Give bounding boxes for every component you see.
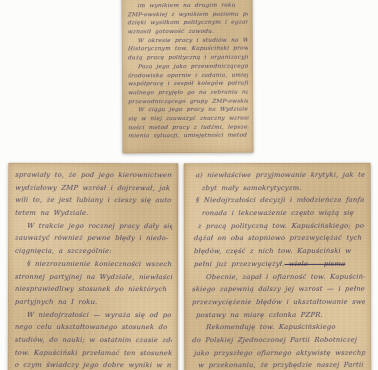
handwriting-text: Rekomenduję tow. Kapuścińskiego xyxy=(206,323,336,331)
handwriting-line: § Niedojrzałości decyzji i młodzieńcza f… xyxy=(192,194,366,207)
handwriting-text: Obecnie, zapał i ofiarność tow. Kapuściń… xyxy=(206,272,365,280)
handwriting-text: § Niedojrzałości decyzji i młodzieńcza f… xyxy=(196,196,365,204)
handwriting-line: niesprawiedliwy stosunek do niektórych xyxy=(15,283,173,296)
handwriting-line: wydziałowy ZMP wzrósł i dojrzewał, jak i… xyxy=(15,181,173,194)
handwriting-text: mienia sytuacji, umiejętności metod wych… xyxy=(128,133,248,140)
handwriting-text: ności metod pracy z ludźmi, lepszego zro… xyxy=(128,124,248,131)
handwriting-text: pełni już przezwyciężył. xyxy=(194,260,285,268)
handwriting-text: W niedojrzałości — wyraża się od popraw- xyxy=(27,310,173,318)
handwriting-line: mienia sytuacji, umiejętności metod wych… xyxy=(128,132,248,141)
handwriting-text: wili to, że jest lubiany i cieszy się au… xyxy=(15,196,173,204)
handwriting-line: przezwyciężenie błędów i ukształtowanie … xyxy=(192,296,366,309)
handwriting-text: przezwyciężenie błędów i ukształtowanie … xyxy=(192,298,365,306)
handwriting-text: skiego zapewnią dalszy jej wzrost — i pe… xyxy=(192,285,365,293)
handwriting-line: skiego zapewnią dalszy jej wzrost — i pe… xyxy=(192,283,366,296)
handwriting-line: studiów, do nauki; w ostatnim czasie zdo… xyxy=(14,334,172,347)
handwriting-text: tetem na Wydziale. xyxy=(15,209,89,217)
handwriting-text: nego celu ukształtowanego stosunek do xyxy=(15,323,168,331)
handwriting-line: § niezrozumienie konieczności wszech- xyxy=(15,258,173,271)
handwriting-text: partyjnych na I roku. xyxy=(15,298,98,306)
handwriting-text: a) niewłaściwe przyjmowanie krytyki, jak… xyxy=(196,171,365,179)
handwriting-text: zauważyć również pewne błędy i niedo- xyxy=(15,234,169,242)
handwriting-line: się w niej zauważyć znaczny wzrost umiej… xyxy=(128,115,248,124)
handwriting-text: studiów, do nauki; w ostatnim czasie zdo… xyxy=(15,336,173,344)
handwriting-line: Poza jego jako przewodniczącego ZS ZMP xyxy=(128,62,248,71)
handwriting-line: Obecnie, zapał i ofiarność tow. Kapuściń… xyxy=(192,270,366,283)
handwriting-text: W ciągu jego pracy na Wydziale dała xyxy=(138,107,248,114)
handwriting-line: walnego przyjęło go na zebraniu nowego xyxy=(128,89,248,98)
handwriting-line: ronada i lekceważenie często wiążą się xyxy=(192,207,366,220)
handwriting-line: partyjnych na I roku. xyxy=(15,296,173,309)
struck-through-text: wiele — pisma xyxy=(284,260,345,268)
handwriting-text: z pracą polityczną tow. Kapuścińskiego; … xyxy=(198,222,365,230)
handwriting-text: współpracę i zespół kolegów potrafił. W … xyxy=(128,81,248,88)
handwritten-page-bottom-left: sprawiały to, że pod jego kierownictwem … xyxy=(8,163,179,370)
handwriting-line: wili to, że jest lubiany i cieszy się au… xyxy=(15,194,173,207)
handwriting-text: błędów, część z nich tow. Kapuściński w xyxy=(194,247,352,255)
handwriting-text: w przekonaniu, że przybędzie naszej Part… xyxy=(198,361,364,369)
handwriting-text: wznosił gotowość zawodu. xyxy=(128,29,215,36)
handwriting-text: Poza jego jako przewodniczącego ZS ZMP xyxy=(138,63,248,70)
handwriting-text: sprawiały to, że pod jego kierownictwem … xyxy=(15,171,173,179)
handwriting-text-block: a) niewłaściwe przyjmowanie krytyki, jak… xyxy=(184,163,372,370)
handwriting-line: sprawiały to, że pod jego kierownictwem … xyxy=(15,169,173,182)
handwriting-line: postawy na miarę członka PZPR. xyxy=(192,308,366,321)
handwriting-line: wznosił gotowość zawodu. xyxy=(128,28,248,37)
handwriting-line: ciągnięcia, a szczególnie: xyxy=(15,245,173,258)
handwriting-line: jako przyszłego ofiarnego aktywistę wsze… xyxy=(192,346,366,359)
handwriting-text: dzięki wysiłkom politycznym i egzaminacy… xyxy=(128,20,248,27)
handwriting-line: o czym świadczy jego dobre wyniki w nauc… xyxy=(14,359,172,370)
handwriting-line: Rekomenduję tow. Kapuścińskiego xyxy=(192,321,366,334)
handwriting-line: zauważyć również pewne błędy i niedo- xyxy=(15,232,173,245)
handwriting-text: jako przyszłego ofiarnego aktywistę wsze… xyxy=(194,348,365,357)
handwriting-line: do Polskiej Zjednoczonej Partii Robotnic… xyxy=(192,334,366,347)
handwriting-text-block: sprawiały to, że pod jego kierownictwem … xyxy=(8,163,179,370)
handwriting-text: W trakcie jego rocznej pracy dały się xyxy=(27,222,173,230)
handwriting-line: nego celu ukształtowanego stosunek do xyxy=(15,321,173,334)
handwriting-text: się w niej zauważyć znaczny wzrost umiej… xyxy=(128,115,248,122)
handwriting-text: wydziałowy ZMP wzrósł i dojrzewał, jak i… xyxy=(15,183,173,192)
handwriting-line: tow. Kapuściński przełamać ten stosunek, xyxy=(14,346,172,359)
handwriting-line: dążał on oba stopniowo przezwyciężać tyc… xyxy=(192,232,366,245)
handwriting-text: tow. Kapuściński przełamać ten stosunek, xyxy=(15,348,173,356)
handwriting-line: pełni już przezwyciężył. wiele — pisma xyxy=(192,258,366,271)
scanned-document-photo: im wynikiem na drugim rokuZMP-owskiej z … xyxy=(0,0,378,370)
handwriting-text: dużą pracę polityczną i organizacyjną. xyxy=(128,55,248,62)
handwriting-line: błędów, część z nich tow. Kapuściński w xyxy=(192,245,366,258)
handwriting-text: środowiska opornie i zadania, umiejętnie xyxy=(128,72,248,79)
handwriting-line: stronnej partyjnej na Wydziale, niewłaśc… xyxy=(15,270,173,283)
handwriting-text: ciągnięcia, a szczególnie: xyxy=(15,247,112,255)
handwriting-text: o czym świadczy jego dobre wyniki w nauc… xyxy=(15,361,173,369)
handwriting-text: niesprawiedliwy stosunek do niektórych xyxy=(15,285,168,293)
handwriting-text: do Polskiej Zjednoczonej Partii Robotnic… xyxy=(192,336,357,344)
handwriting-text: ZMP-owskiej z wynikiem poziomu polityczn… xyxy=(128,11,248,18)
handwriting-text: przewodniczącego grupy ZMP-owskiej na Wy… xyxy=(128,98,248,105)
handwriting-text: im wynikiem na drugim roku xyxy=(137,3,235,10)
handwriting-text: stronnej partyjnej na Wydziale, niewłaśc… xyxy=(15,272,173,280)
handwriting-line: W trakcie jego rocznej pracy dały się xyxy=(15,220,173,233)
handwritten-page-bottom-right: a) niewłaściwe przyjmowanie krytyki, jak… xyxy=(184,163,372,370)
handwriting-text: § niezrozumienie konieczności wszech- xyxy=(27,260,173,268)
handwriting-line: z pracą polityczną tow. Kapuścińskiego; … xyxy=(192,220,366,233)
handwriting-text: dążał on oba stopniowo przezwyciężać tyc… xyxy=(194,234,362,242)
handwriting-text: zbyt mały samokrytycyzm. xyxy=(202,184,302,192)
handwriting-text: Historycznym tow. Kapuściński prowadził … xyxy=(128,46,248,53)
handwriting-text: walnego przyjęło go na zebraniu nowego xyxy=(128,89,248,96)
handwriting-line: tetem na Wydziale. xyxy=(15,207,173,220)
handwriting-line: W niedojrzałości — wyraża się od popraw- xyxy=(15,308,173,321)
handwritten-page-top: im wynikiem na drugim rokuZMP-owskiej z … xyxy=(122,0,254,153)
handwriting-line: im wynikiem na drugim roku xyxy=(127,2,247,11)
handwriting-text-block: im wynikiem na drugim rokuZMP-owskiej z … xyxy=(122,0,254,153)
handwriting-text: ronada i lekceważenie często wiążą się xyxy=(202,209,354,217)
handwriting-line: zbyt mały samokrytycyzm. xyxy=(191,181,365,194)
handwriting-text: W okresie pracy i studiów na Wydziale xyxy=(138,37,248,44)
handwriting-line: w przekonaniu, że przybędzie naszej Part… xyxy=(192,359,366,370)
handwriting-text: postawy na miarę członka PZPR. xyxy=(196,310,323,318)
handwriting-line: a) niewłaściwe przyjmowanie krytyki, jak… xyxy=(191,169,365,182)
